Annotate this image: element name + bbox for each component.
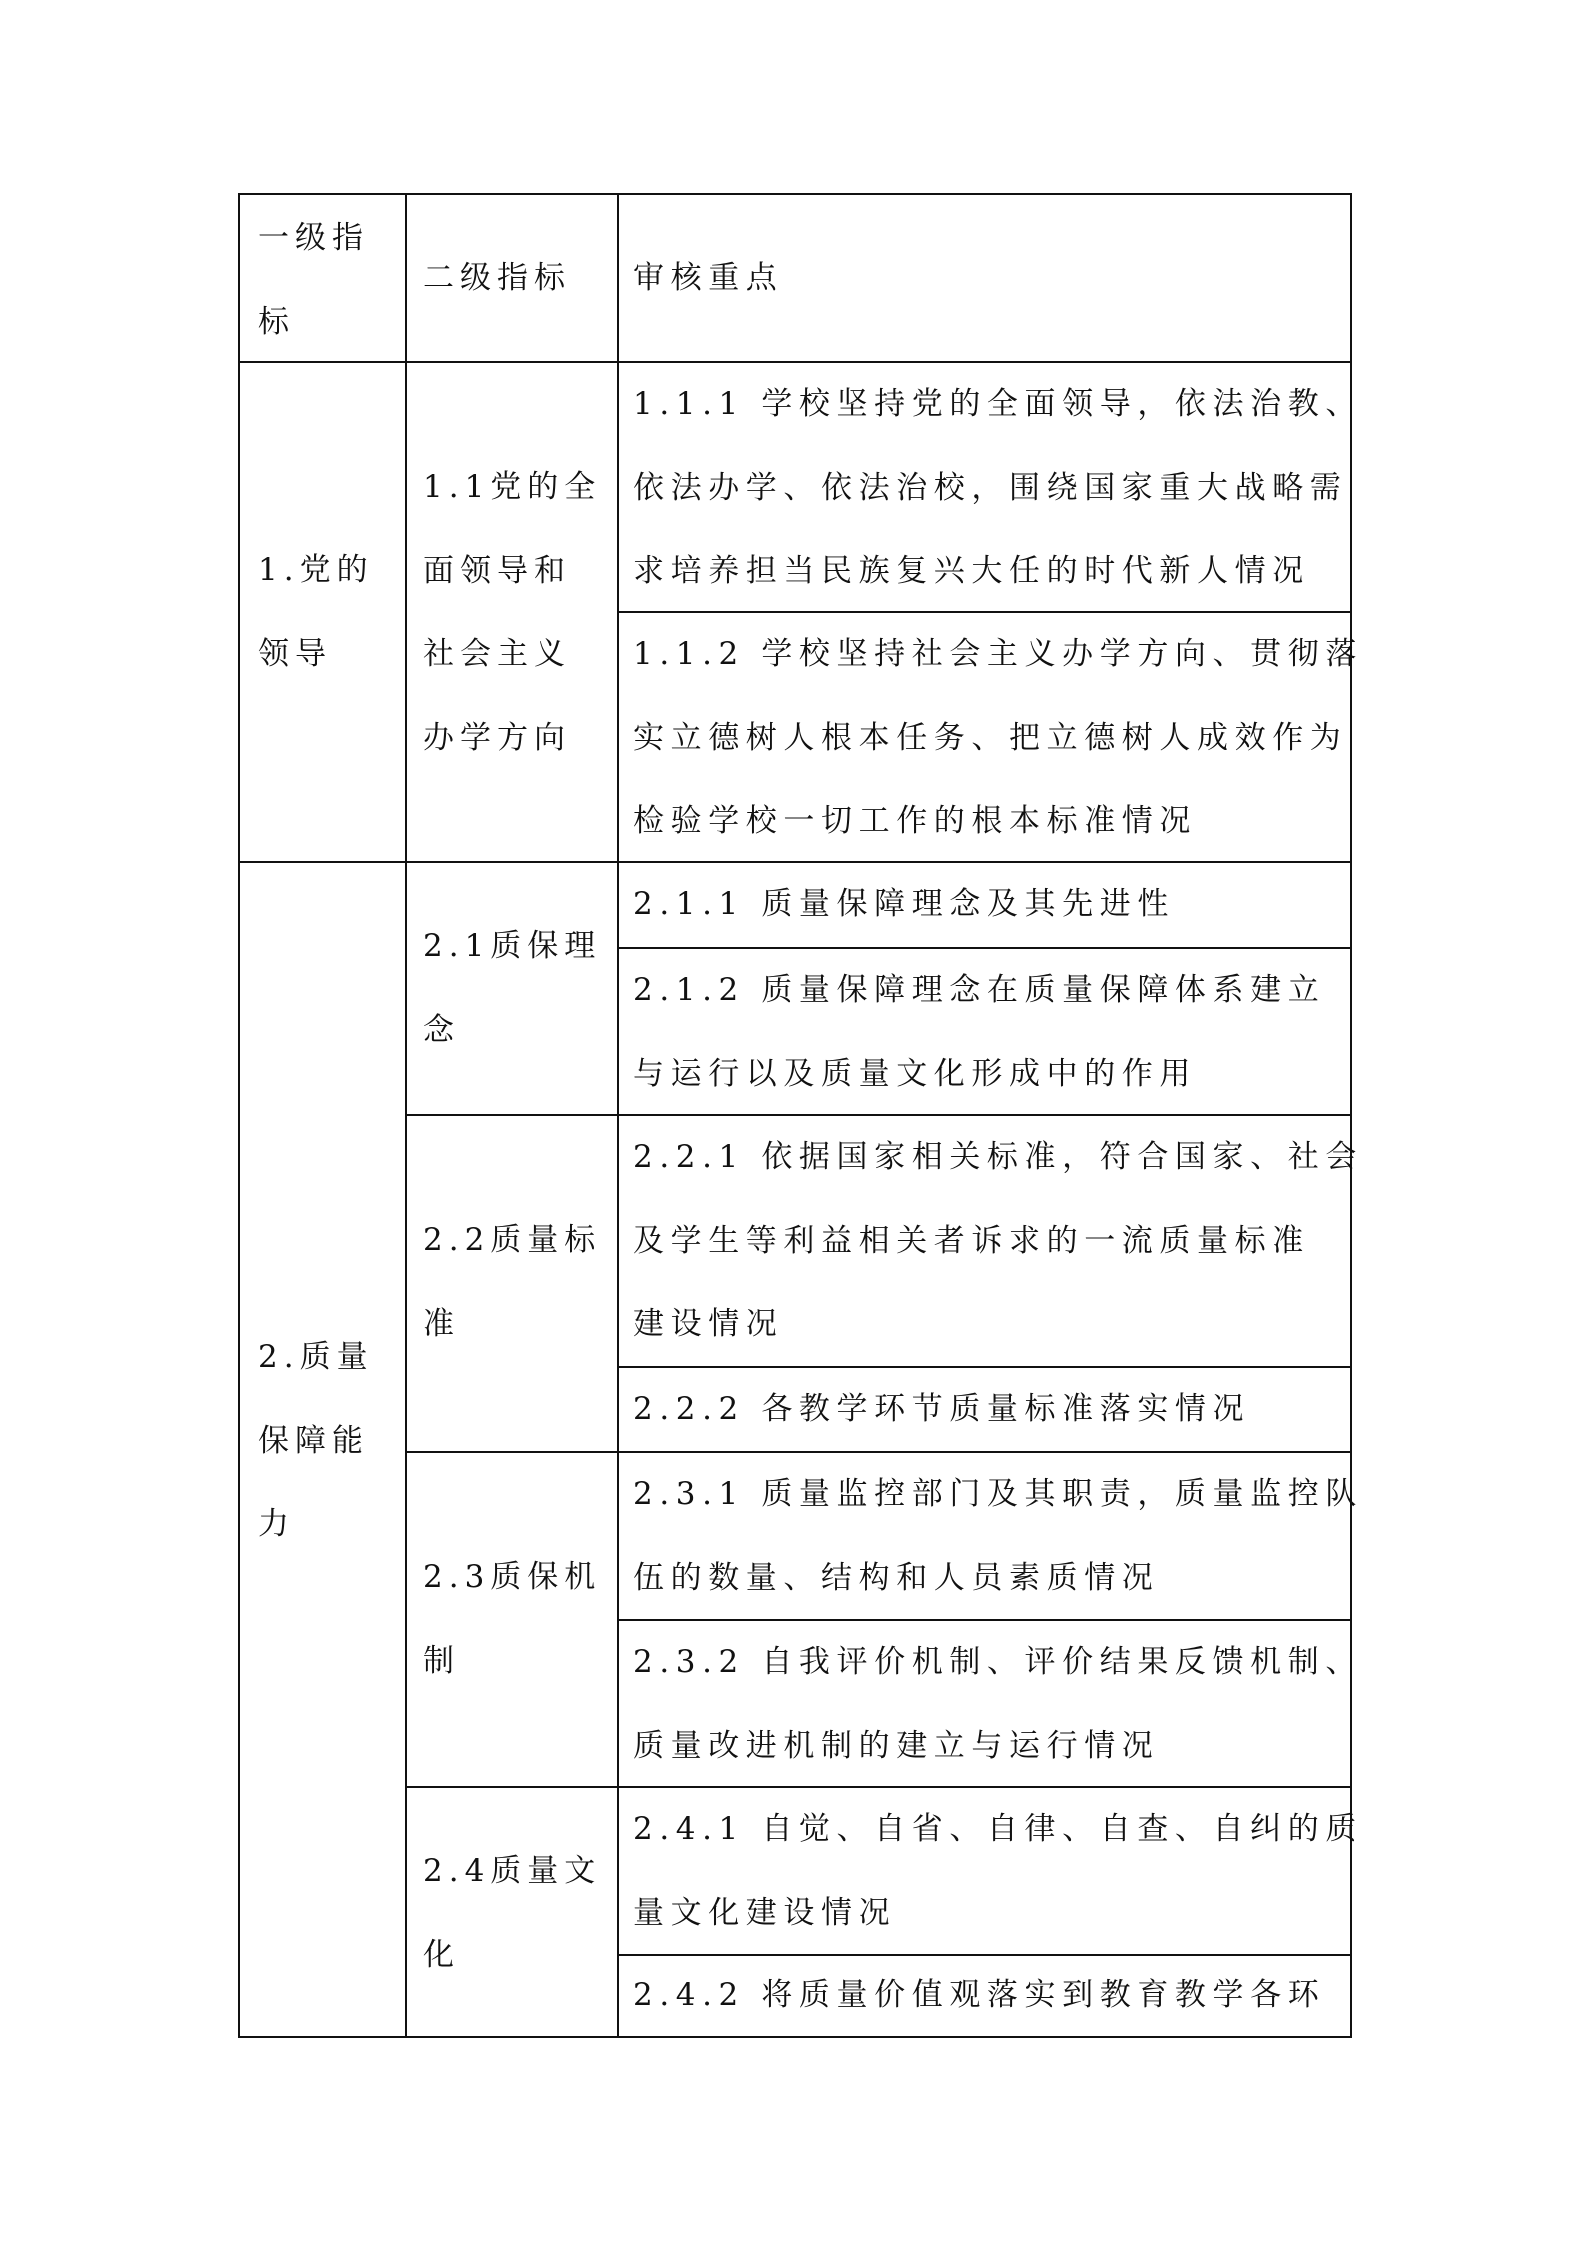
item-2-4-1-cell: 2.4.1 自觉、自省、自律、自查、自纠的质 量文化建设情况 [617,1786,1352,1956]
item-2-4-1-text: 2.4.1 自觉、自省、自律、自查、自纠的质 量文化建设情况 [633,1788,1344,1955]
group-1-1-level2-cell: 1.1党的全 面领导和 社会主义 办学方向 [405,361,619,863]
item-2-3-2-text: 2.3.2 自我评价机制、评价结果反馈机制、 质量改进机制的建立与运行情况 [633,1621,1344,1788]
item-2-2-1-text: 2.2.1 依据国家相关标准，符合国家、社会 及学生等利益相关者诉求的一流质量标… [633,1116,1344,1367]
item-2-2-2-cell: 2.2.2 各教学环节质量标准落实情况 [617,1366,1352,1453]
section-2-level1-cell: 2.质量 保障能 力 [238,861,407,2038]
header-focus-text: 审核重点 [633,237,1344,321]
item-1-1-2-text: 1.1.2 学校坚持社会主义办学方向、贯彻落 实立德树人根本任务、把立德树人成效… [633,613,1344,864]
header-level1-text: 一级指 标 [258,197,399,364]
item-1-1-1-cell: 1.1.1 学校坚持党的全面领导，依法治教、 依法办学、依法治校，围绕国家重大战… [617,361,1352,613]
item-2-2-2-text: 2.2.2 各教学环节质量标准落实情况 [633,1368,1344,1452]
item-1-1-2-cell: 1.1.2 学校坚持社会主义办学方向、贯彻落 实立德树人根本任务、把立德树人成效… [617,611,1352,863]
group-2-4-level2-text: 2.4质量文 化 [423,1830,611,1997]
header-level1-cell: 一级指 标 [238,193,407,363]
item-2-1-2-cell: 2.1.2 质量保障理念在质量保障体系建立 与运行以及质量文化形成中的作用 [617,947,1352,1116]
group-2-4-level2-cell: 2.4质量文 化 [405,1786,619,2038]
group-2-2-level2-text: 2.2质量标 准 [423,1199,611,1366]
header-level2-text: 二级指标 [423,237,611,321]
item-2-1-2-text: 2.1.2 质量保障理念在质量保障体系建立 与运行以及质量文化形成中的作用 [633,949,1344,1116]
section-1-level1-cell: 1.党的 领导 [238,361,407,863]
group-2-3-level2-cell: 2.3质保机 制 [405,1451,619,1788]
item-1-1-1-text: 1.1.1 学校坚持党的全面领导，依法治教、 依法办学、依法治校，围绕国家重大战… [633,363,1344,614]
group-2-1-level2-text: 2.1质保理 念 [423,905,611,1072]
item-2-1-1-text: 2.1.1 质量保障理念及其先进性 [633,863,1344,947]
document-page: 一级指 标 二级指标 审核重点 1.党的 领导 1.1党的全 面领导和 [0,0,1587,2245]
group-2-3-level2-text: 2.3质保机 制 [423,1536,611,1703]
group-2-2-level2-cell: 2.2质量标 准 [405,1114,619,1453]
group-1-1-level2-text: 1.1党的全 面领导和 社会主义 办学方向 [423,446,611,780]
item-2-3-1-cell: 2.3.1 质量监控部门及其职责，质量监控队 伍的数量、结构和人员素质情况 [617,1451,1352,1621]
item-2-4-2-text: 2.4.2 将质量价值观落实到教育教学各环 [633,1954,1344,2038]
section-1-level1-text: 1.党的 领导 [258,529,399,696]
item-2-4-2-cell: 2.4.2 将质量价值观落实到教育教学各环 [617,1954,1352,2038]
item-2-2-1-cell: 2.2.1 依据国家相关标准，符合国家、社会 及学生等利益相关者诉求的一流质量标… [617,1114,1352,1368]
item-2-3-1-text: 2.3.1 质量监控部门及其职责，质量监控队 伍的数量、结构和人员素质情况 [633,1453,1344,1620]
item-2-3-2-cell: 2.3.2 自我评价机制、评价结果反馈机制、 质量改进机制的建立与运行情况 [617,1619,1352,1788]
section-2-level1-text: 2.质量 保障能 力 [258,1316,399,1567]
header-level2-cell: 二级指标 [405,193,619,363]
header-focus-cell: 审核重点 [617,193,1352,363]
group-2-1-level2-cell: 2.1质保理 念 [405,861,619,1116]
item-2-1-1-cell: 2.1.1 质量保障理念及其先进性 [617,861,1352,949]
